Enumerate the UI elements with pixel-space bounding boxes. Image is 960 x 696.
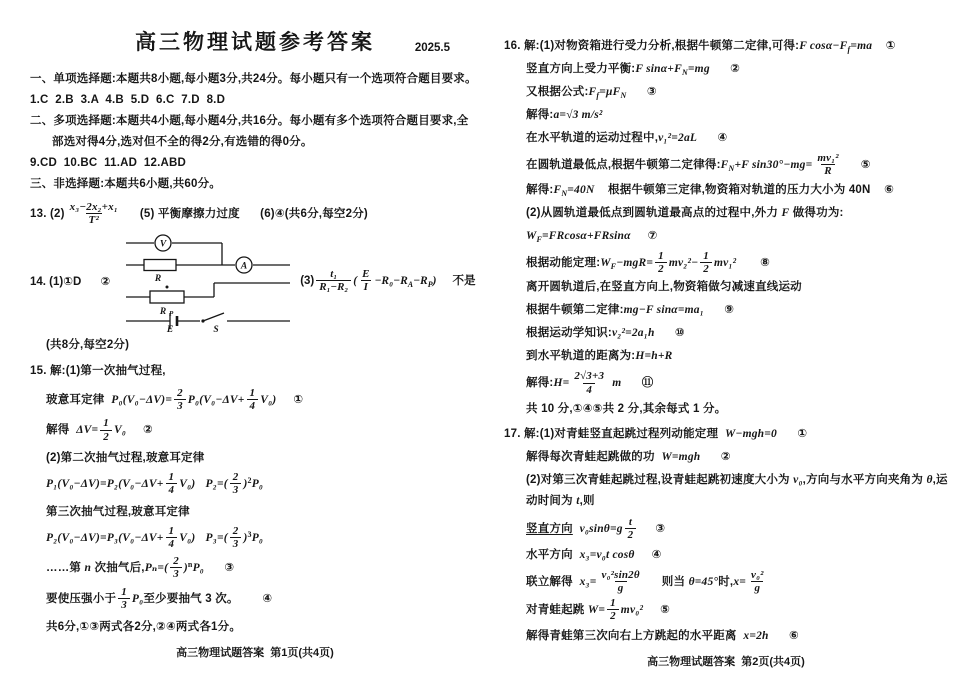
q17-eq3: 竖直方向 v₀sinθ=gt2 ③ bbox=[504, 516, 948, 542]
sec2-heading-cont: 部选对得4分,选对但不全的得2分,有选错的得0分。 bbox=[30, 132, 480, 153]
q15-intro: 15. 解:(1)第一次抽气过程, bbox=[30, 361, 480, 382]
circuit-diagram: V R A R P E S bbox=[114, 229, 296, 333]
q17-eq2: 解得每次青蛙起跳做的功 W=mgh ② bbox=[504, 447, 948, 468]
answer-sheet-page-2: 16. 解:(1)对物资箱进行受力分析,根据牛顿第二定律,可得:F cosα−F… bbox=[504, 0, 948, 696]
sec2-answers: 9.CD 10.BC 11.AD 12.ABD bbox=[30, 153, 480, 174]
document-title: 高三物理试题参考答案 bbox=[135, 26, 375, 56]
q15-score-note: 共6分,①③两式各2分,②④两式各1分。 bbox=[30, 617, 480, 638]
q16-eq4: 在水平轨道的运动过程中,v₁²=2aL ④ bbox=[504, 128, 948, 149]
q16-eq3: 又根据公式:Ff=μFN ③ bbox=[504, 82, 948, 103]
exam-date: 2025.5 bbox=[415, 42, 450, 54]
fraction: mv₁²R bbox=[814, 152, 841, 178]
resistor-symbol bbox=[144, 259, 176, 270]
switch-label: S bbox=[214, 325, 219, 333]
fraction: v₀²sin2θg bbox=[599, 569, 643, 595]
q17-step2: (2)对第三次青蛙起跳过程,设青蛙起跳初速度大小为 v₀,方向与水平方向夹角为 … bbox=[504, 470, 948, 491]
question-14-row: 14. (1)①D ② V R A R P bbox=[30, 229, 480, 333]
q16-score-note: 共 10 分,①④⑤共 2 分,其余每式 1 分。 bbox=[504, 399, 948, 420]
fraction: t2 bbox=[625, 516, 637, 542]
page1-bottom-lines: (共8分,每空2分)15. 解:(1)第一次抽气过程,玻意耳定律 P₀(V₀−Δ… bbox=[30, 335, 480, 639]
fraction: 12 bbox=[700, 250, 712, 276]
sec2-heading: 二、多项选择题:本题共4小题,每小题4分,共16分。每小题有多个选项符合题目要求… bbox=[30, 111, 480, 132]
sec1-heading: 一、单项选择题:本题共8小题,每小题3分,共24分。每小题只有一个选项符合题目要… bbox=[30, 69, 480, 90]
q16-motion-note: 离开圆轨道后,在竖直方向上,物资箱做匀减速直线运动 bbox=[504, 277, 948, 298]
switch-blade bbox=[203, 313, 224, 321]
q14-score-note: (共8分,每空2分) bbox=[30, 335, 480, 356]
page1-top-lines: 一、单项选择题:本题共8小题,每小题3分,共24分。每小题只有一个选项符合题目要… bbox=[30, 69, 480, 227]
q16-step2: (2)从圆轨道最低点到圆轨道最高点的过程中,外力 F 做得功为: bbox=[504, 203, 948, 224]
page1-header: 高三物理试题参考答案 2025.5 bbox=[30, 0, 480, 56]
answer-sheet-page-1: 高三物理试题参考答案 2025.5 一、单项选择题:本题共8小题,每小题3分,共… bbox=[30, 0, 480, 696]
q16-eq5: 在圆轨道最低点,根据牛顿第二定律得:FN+F sin30°−mg=mv₁²R ⑤ bbox=[504, 152, 948, 178]
q17-eq5: 联立解得 x₃=v₀²sin2θg 则当 θ=45°时,x=v₀²g bbox=[504, 569, 948, 595]
voltmeter-label: V bbox=[160, 239, 167, 249]
fraction: 14 bbox=[166, 525, 178, 551]
resistor-label: R bbox=[154, 274, 161, 284]
fraction: 13 bbox=[118, 586, 130, 612]
fraction: 2√3+34 bbox=[571, 370, 607, 396]
fraction: 23 bbox=[230, 525, 242, 551]
ammeter-label: A bbox=[240, 261, 247, 271]
fraction: 23 bbox=[174, 387, 186, 413]
q15-step3: 第三次抽气过程,玻意耳定律 bbox=[30, 502, 480, 523]
fraction: 14 bbox=[247, 387, 259, 413]
q14-answer-label: 14. (1)①D ② bbox=[30, 274, 110, 288]
q16-eq10: 根据运动学知识:v₂²=2a₁h ⑩ bbox=[504, 323, 948, 344]
q14-formula: (3)t₁R₁−R₂(EI−R₀−RA−RP) 不是 bbox=[300, 268, 475, 294]
q16-solve-a: 解得:a=√3 m/s² bbox=[504, 105, 948, 126]
battery-label: E bbox=[166, 325, 173, 333]
q17-eq6: 对青蛙起跳 W=12mv₀² ⑤ bbox=[504, 597, 948, 623]
q16-eq2: 竖直方向上受力平衡:F sinα+FN=mg ② bbox=[504, 59, 948, 80]
page2-lines: 16. 解:(1)对物资箱进行受力分析,根据牛顿第二定律,可得:F cosα−F… bbox=[504, 0, 948, 647]
q16-eq8: 根据动能定理:WF−mgR=12mv₂²−12mv₁² ⑧ bbox=[504, 250, 948, 276]
q15-eq4: P₂(V₀−ΔV)=P₃(V₀−ΔV+14V₀) P₃=(23)3P₀ bbox=[30, 525, 480, 551]
q15-step2: (2)第二次抽气过程,玻意耳定律 bbox=[30, 448, 480, 469]
sec3-heading: 三、非选择题:本题共6小题,共60分。 bbox=[30, 174, 480, 195]
fraction: 12 bbox=[607, 597, 619, 623]
rheostat-symbol bbox=[150, 291, 184, 303]
q15-eq2: 解得 ΔV=12V₀ ② bbox=[30, 417, 480, 443]
q16-eq6: 解得:FN=40N 根据牛顿第三定律,物资箱对轨道的压力大小为 40N ⑥ bbox=[504, 180, 948, 201]
rheostat-label: R bbox=[159, 307, 166, 317]
q15-eq1: 玻意耳定律 P₀(V₀−ΔV)=23P₀(V₀−ΔV+14V₀) ① bbox=[30, 387, 480, 413]
fraction: x₃−2x₂+x₁T² bbox=[67, 201, 121, 227]
page2-footer: 高三物理试题答案 第2页(共4页) bbox=[504, 653, 948, 669]
q13-answers: 13. (2)x₃−2x₂+x₁T² (5) 平衡摩擦力过度 (6)④(共6分,… bbox=[30, 201, 480, 227]
rheostat-slider-dot bbox=[166, 285, 169, 288]
q15-eq3: P₁(V₀−ΔV)=P₂(V₀−ΔV+14V₀) P₂=(23)2P₀ bbox=[30, 471, 480, 497]
q17-eq7: 解得青蛙第三次向右上方跳起的水平距离 x=2h ⑥ bbox=[504, 626, 948, 647]
q16-eq11: 解得:H=2√3+34 m ⑪ bbox=[504, 370, 948, 396]
page1-footer: 高三物理试题答案 第1页(共4页) bbox=[30, 644, 480, 660]
fraction: 12 bbox=[655, 250, 667, 276]
fraction: 23 bbox=[230, 471, 242, 497]
q16-eq9: 根据牛顿第二定律:mg−F sinα=ma₁ ⑨ bbox=[504, 300, 948, 321]
q15-eq5: ……第 n 次抽气后,Pₙ=(23)nP₀ ③ bbox=[30, 555, 480, 581]
fraction: 12 bbox=[100, 417, 112, 443]
q17-intro-eq1: 17. 解:(1)对青蛙竖直起跳过程列动能定理 W−mgh=0 ① bbox=[504, 424, 948, 445]
fraction: v₀²g bbox=[748, 569, 767, 595]
q16-eq7: WF=FRcosα+FRsinα ⑦ bbox=[504, 226, 948, 247]
q17-step2-cont: 动时间为 t,则 bbox=[504, 491, 948, 512]
q16-intro-eq1: 16. 解:(1)对物资箱进行受力分析,根据牛顿第二定律,可得:F cosα−F… bbox=[504, 36, 948, 57]
q17-eq4: 水平方向 x₃=v₀t cosθ ④ bbox=[504, 545, 948, 566]
q16-distance: 到水平轨道的距离为:H=h+R bbox=[504, 346, 948, 367]
q15-conclusion: 要使压强小于13P₀至少要抽气 3 次。 ④ bbox=[30, 586, 480, 612]
fraction: EI bbox=[359, 268, 372, 294]
fraction: t₁R₁−R₂ bbox=[316, 268, 351, 294]
sec1-answers: 1.C 2.B 3.A 4.B 5.D 6.C 7.D 8.D bbox=[30, 90, 480, 111]
fraction: 14 bbox=[166, 471, 178, 497]
fraction: 23 bbox=[170, 555, 182, 581]
